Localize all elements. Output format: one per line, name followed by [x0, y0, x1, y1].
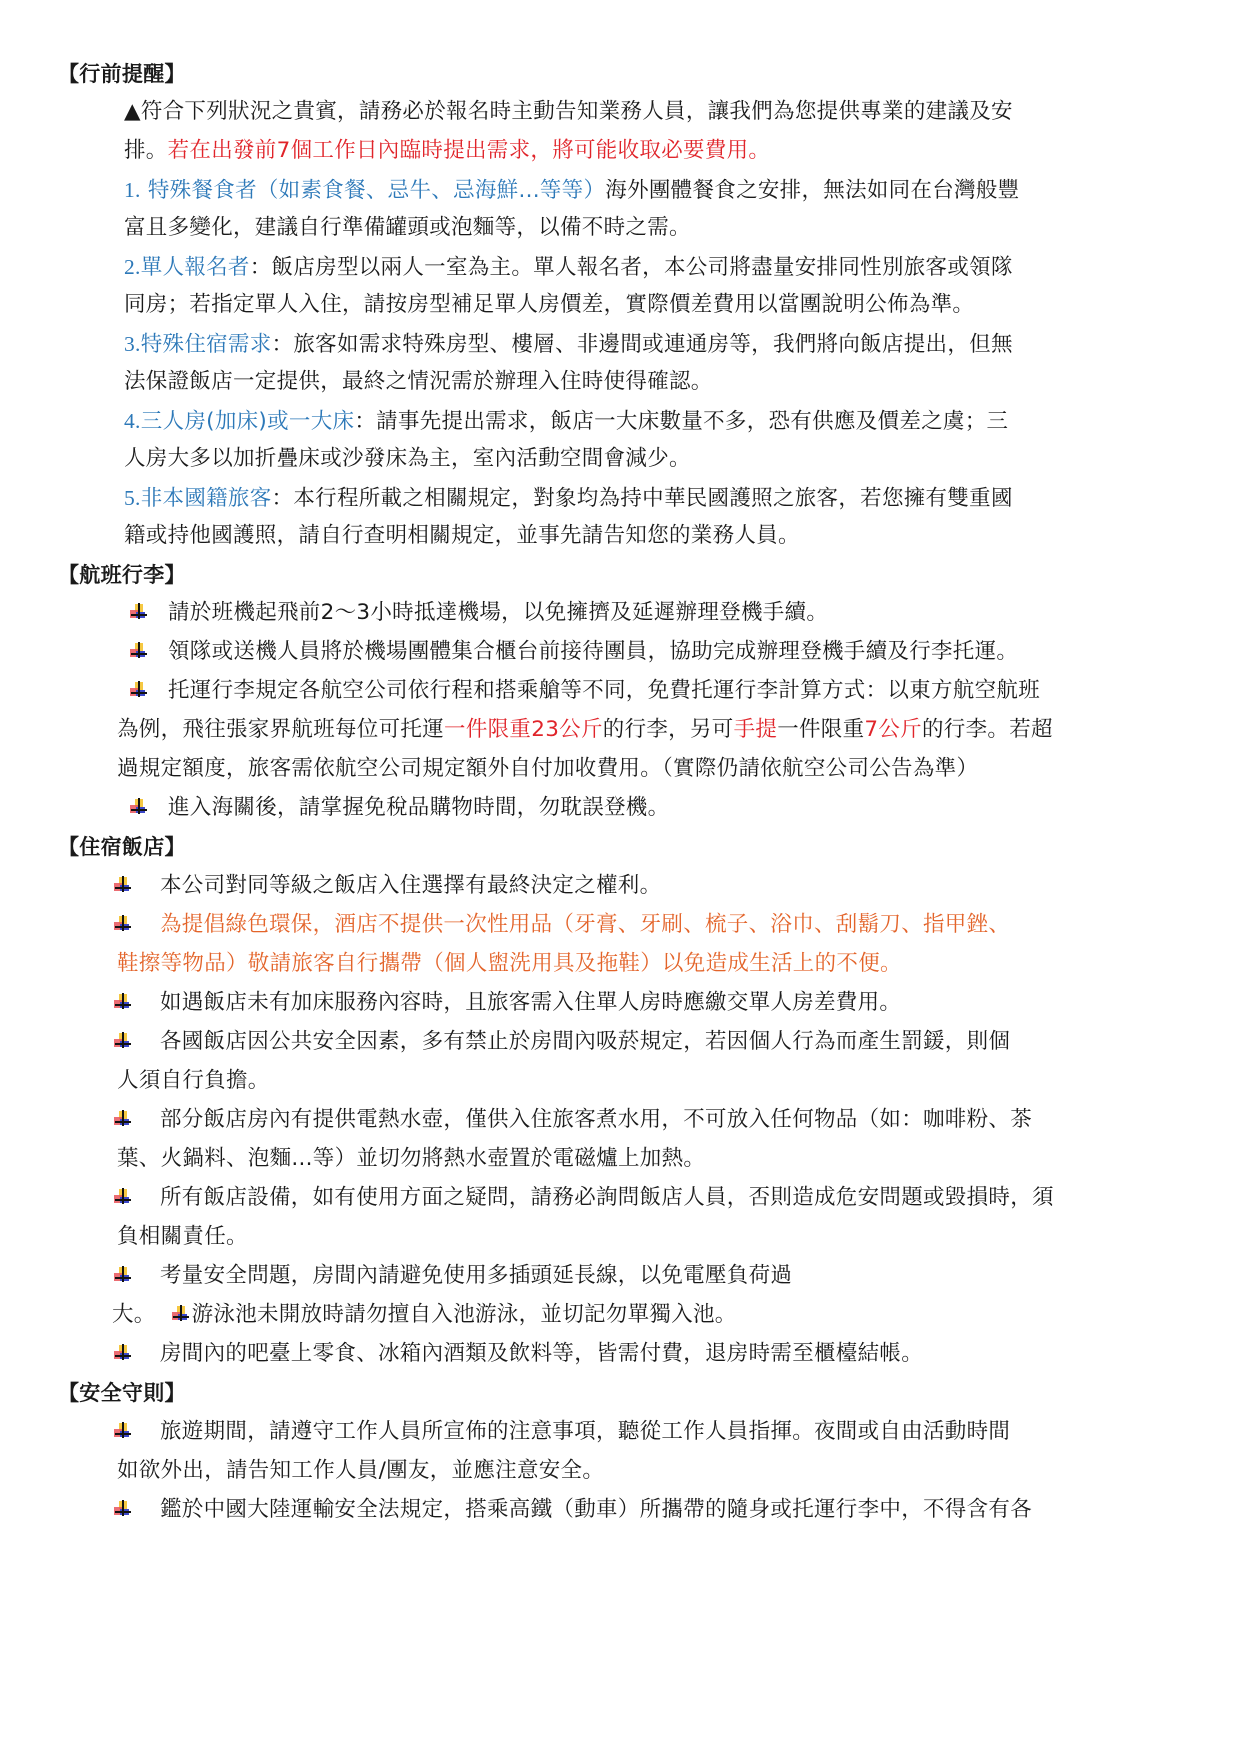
pre-trip-item-4: 4.三人房(加床)或一大床：請事先提出需求，飯店一大床數量不多，恐有供應及價差之… — [124, 407, 1008, 436]
hotel-bullet-4-cont: 人須自行負擔。 — [117, 1067, 270, 1095]
arrow-bullet-icon — [128, 642, 148, 660]
hotel-bullet-5: 部分飯店房內有提供電熱水壺，僅供入住旅客煮水用，不可放入任何物品（如：咖啡粉、茶 — [112, 1106, 1032, 1134]
safety-bullet-1-cont: 如欲外出，請告知工作人員/團友，並應注意安全。 — [117, 1457, 604, 1485]
pre-trip-item-1-cont: 富且多變化，建議自行準備罐頭或泡麵等，以備不時之需。 — [124, 214, 691, 242]
flight-bullet-3-cont: 為例，飛往張家界航班每位可托運一件限重23公斤的行李，另可手提一件限重7公斤的行… — [117, 716, 1053, 744]
pre-trip-item-4-cont: 人房大多以加折疊床或沙發床為主，室內活動空間會減少。 — [124, 445, 691, 473]
arrow-bullet-icon — [128, 681, 148, 699]
pre-trip-item-2: 2.單人報名者：飯店房型以兩人一室為主。單人報名者，本公司將盡量安排同性別旅客或… — [124, 253, 1013, 282]
fee-warning: 若在出發前7個工作日內臨時提出需求，將可能收取必要費用。 — [168, 138, 771, 163]
pre-trip-item-3: 3.特殊住宿需求：旅客如需求特殊房型、樓層、非邊間或連通房等，我們將向飯店提出，… — [124, 330, 1013, 359]
hotel-bullet-5-cont: 葉、火鍋料、泡麵...等）並切勿將熱水壺置於電磁爐上加熱。 — [117, 1145, 705, 1173]
pre-trip-item-2-cont: 同房；若指定單人入住，請按房型補足單人房價差，實際價差費用以當團說明公佈為準。 — [124, 291, 974, 319]
arrow-bullet-icon — [112, 915, 132, 933]
arrow-bullet-icon — [112, 1344, 132, 1362]
safety-bullet-1: 旅遊期間，請遵守工作人員所宣佈的注意事項，聽從工作人員指揮。夜間或自由活動時間 — [112, 1418, 1010, 1446]
hotel-bullet-6: 所有飯店設備，如有使用方面之疑問，請務必詢問飯店人員，否則造成危安問題或毀損時，… — [112, 1184, 1054, 1212]
arrow-bullet-icon — [128, 603, 148, 621]
hotel-bullet-1: 本公司對同等級之飯店入住選擇有最終決定之權利。 — [112, 872, 661, 900]
safety-bullet-2: 鑑於中國大陸運輸安全法規定，搭乘高鐵（動車）所攜帶的隨身或托運行李中，不得含有各 — [112, 1496, 1032, 1524]
flight-bullet-3-cont2: 過規定額度，旅客需依航空公司規定額外自付加收費用。（實際仍請依航空公司公告為準） — [117, 755, 978, 783]
arrow-bullet-icon — [112, 876, 132, 894]
arrow-bullet-icon — [112, 1266, 132, 1284]
flight-bullet-1: 請於班機起飛前2～3小時抵達機場，以免擁擠及延遲辦理登機手續。 — [128, 599, 828, 627]
pre-trip-item-5-cont: 籍或持他國護照，請自行查明相關規定，並事先請告知您的業務人員。 — [124, 522, 800, 550]
section-heading-hotel: 【住宿飯店】 — [58, 833, 186, 861]
hotel-bullet-7: 考量安全問題，房間內請避免使用多插頭延長線，以免電壓負荷過 — [112, 1262, 792, 1290]
pre-trip-intro-cont: 排。若在出發前7個工作日內臨時提出需求，將可能收取必要費用。 — [124, 137, 770, 165]
arrow-bullet-icon — [128, 798, 148, 816]
section-heading-flight: 【航班行李】 — [58, 561, 186, 589]
arrow-bullet-icon — [112, 1422, 132, 1440]
arrow-bullet-icon — [112, 1032, 132, 1050]
hotel-bullet-8: 房間內的吧臺上零食、冰箱內酒類及飲料等，皆需付費，退房時需至櫃檯結帳。 — [112, 1340, 923, 1368]
section-heading-pre-trip: 【行前提醒】 — [58, 60, 186, 88]
pre-trip-item-5: 5.非本國籍旅客：本行程所載之相關規定，對象均為持中華民國護照之旅客，若您擁有雙… — [124, 484, 1013, 513]
flight-bullet-3: 托運行李規定各航空公司依行程和搭乘艙等不同，免費托運行李計算方式：以東方航空航班 — [128, 677, 1040, 705]
arrow-bullet-icon — [112, 1110, 132, 1128]
arrow-bullet-icon — [112, 1188, 132, 1206]
flight-bullet-2: 領隊或送機人員將於機場團體集合櫃台前接待團員，協助完成辦理登機手續及行李托運。 — [128, 638, 1018, 666]
hotel-bullet-6-cont: 負相關責任。 — [117, 1223, 248, 1251]
document-page: 【行前提醒】 ▲符合下列狀況之貴賓，請務必於報名時主動告知業務人員，讓我們為您提… — [0, 0, 1241, 1755]
section-heading-safety: 【安全守則】 — [58, 1379, 186, 1407]
hotel-bullet-4: 各國飯店因公共安全因素，多有禁止於房間內吸菸規定，若因個人行為而產生罰鍰，則個 — [112, 1028, 1010, 1056]
hotel-bullet-2-cont: 鞋擦等物品）敬請旅客自行攜帶（個人盥洗用具及拖鞋）以免造成生活上的不便。 — [117, 950, 902, 978]
arrow-bullet-icon — [112, 1500, 132, 1518]
hotel-bullet-3: 如遇飯店未有加床服務內容時，且旅客需入住單人房時應繳交單人房差費用。 — [112, 989, 901, 1017]
arrow-bullet-icon — [170, 1305, 190, 1323]
pre-trip-intro: ▲符合下列狀況之貴賓，請務必於報名時主動告知業務人員，讓我們為您提供專業的建議及… — [124, 98, 1013, 126]
hotel-bullet-7-cont: 大。游泳池未開放時請勿擅自入池游泳，並切記勿單獨入池。 — [112, 1301, 737, 1329]
pre-trip-item-1: 1. 特殊餐食者（如素食餐、忌牛、忌海鮮...等等）海外團體餐食之安排，無法如同… — [124, 176, 1019, 205]
pre-trip-item-3-cont: 法保證飯店一定提供，最終之情況需於辦理入住時使得確認。 — [124, 368, 713, 396]
flight-bullet-4: 進入海關後，請掌握免稅品購物時間，勿耽誤登機。 — [128, 794, 669, 822]
arrow-bullet-icon — [112, 993, 132, 1011]
hotel-bullet-2: 為提倡綠色環保，酒店不提供一次性用品（牙膏、牙刷、梳子、浴巾、刮鬍刀、指甲銼、 — [112, 911, 1010, 939]
